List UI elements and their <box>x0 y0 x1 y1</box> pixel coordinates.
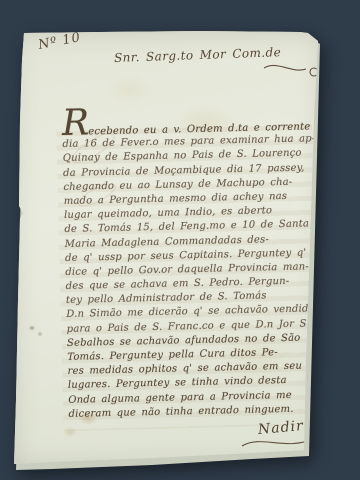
manuscript-stack: Nº 10 Snr. Sarg.to Mor Com.de Recebendo … <box>10 28 326 470</box>
salutation-flourish <box>262 58 324 84</box>
manuscript-body: Recebendo eu a v. Ordem d.ta e corrente … <box>62 118 325 422</box>
photo-background: Nº 10 Snr. Sarg.to Mor Com.de Recebendo … <box>0 0 360 480</box>
manuscript-page: Nº 10 Snr. Sarg.to Mor Com.de Recebendo … <box>10 28 326 470</box>
corner-number: Nº 10 <box>37 30 82 53</box>
salutation: Snr. Sarg.to Mor Com.de <box>114 45 284 65</box>
